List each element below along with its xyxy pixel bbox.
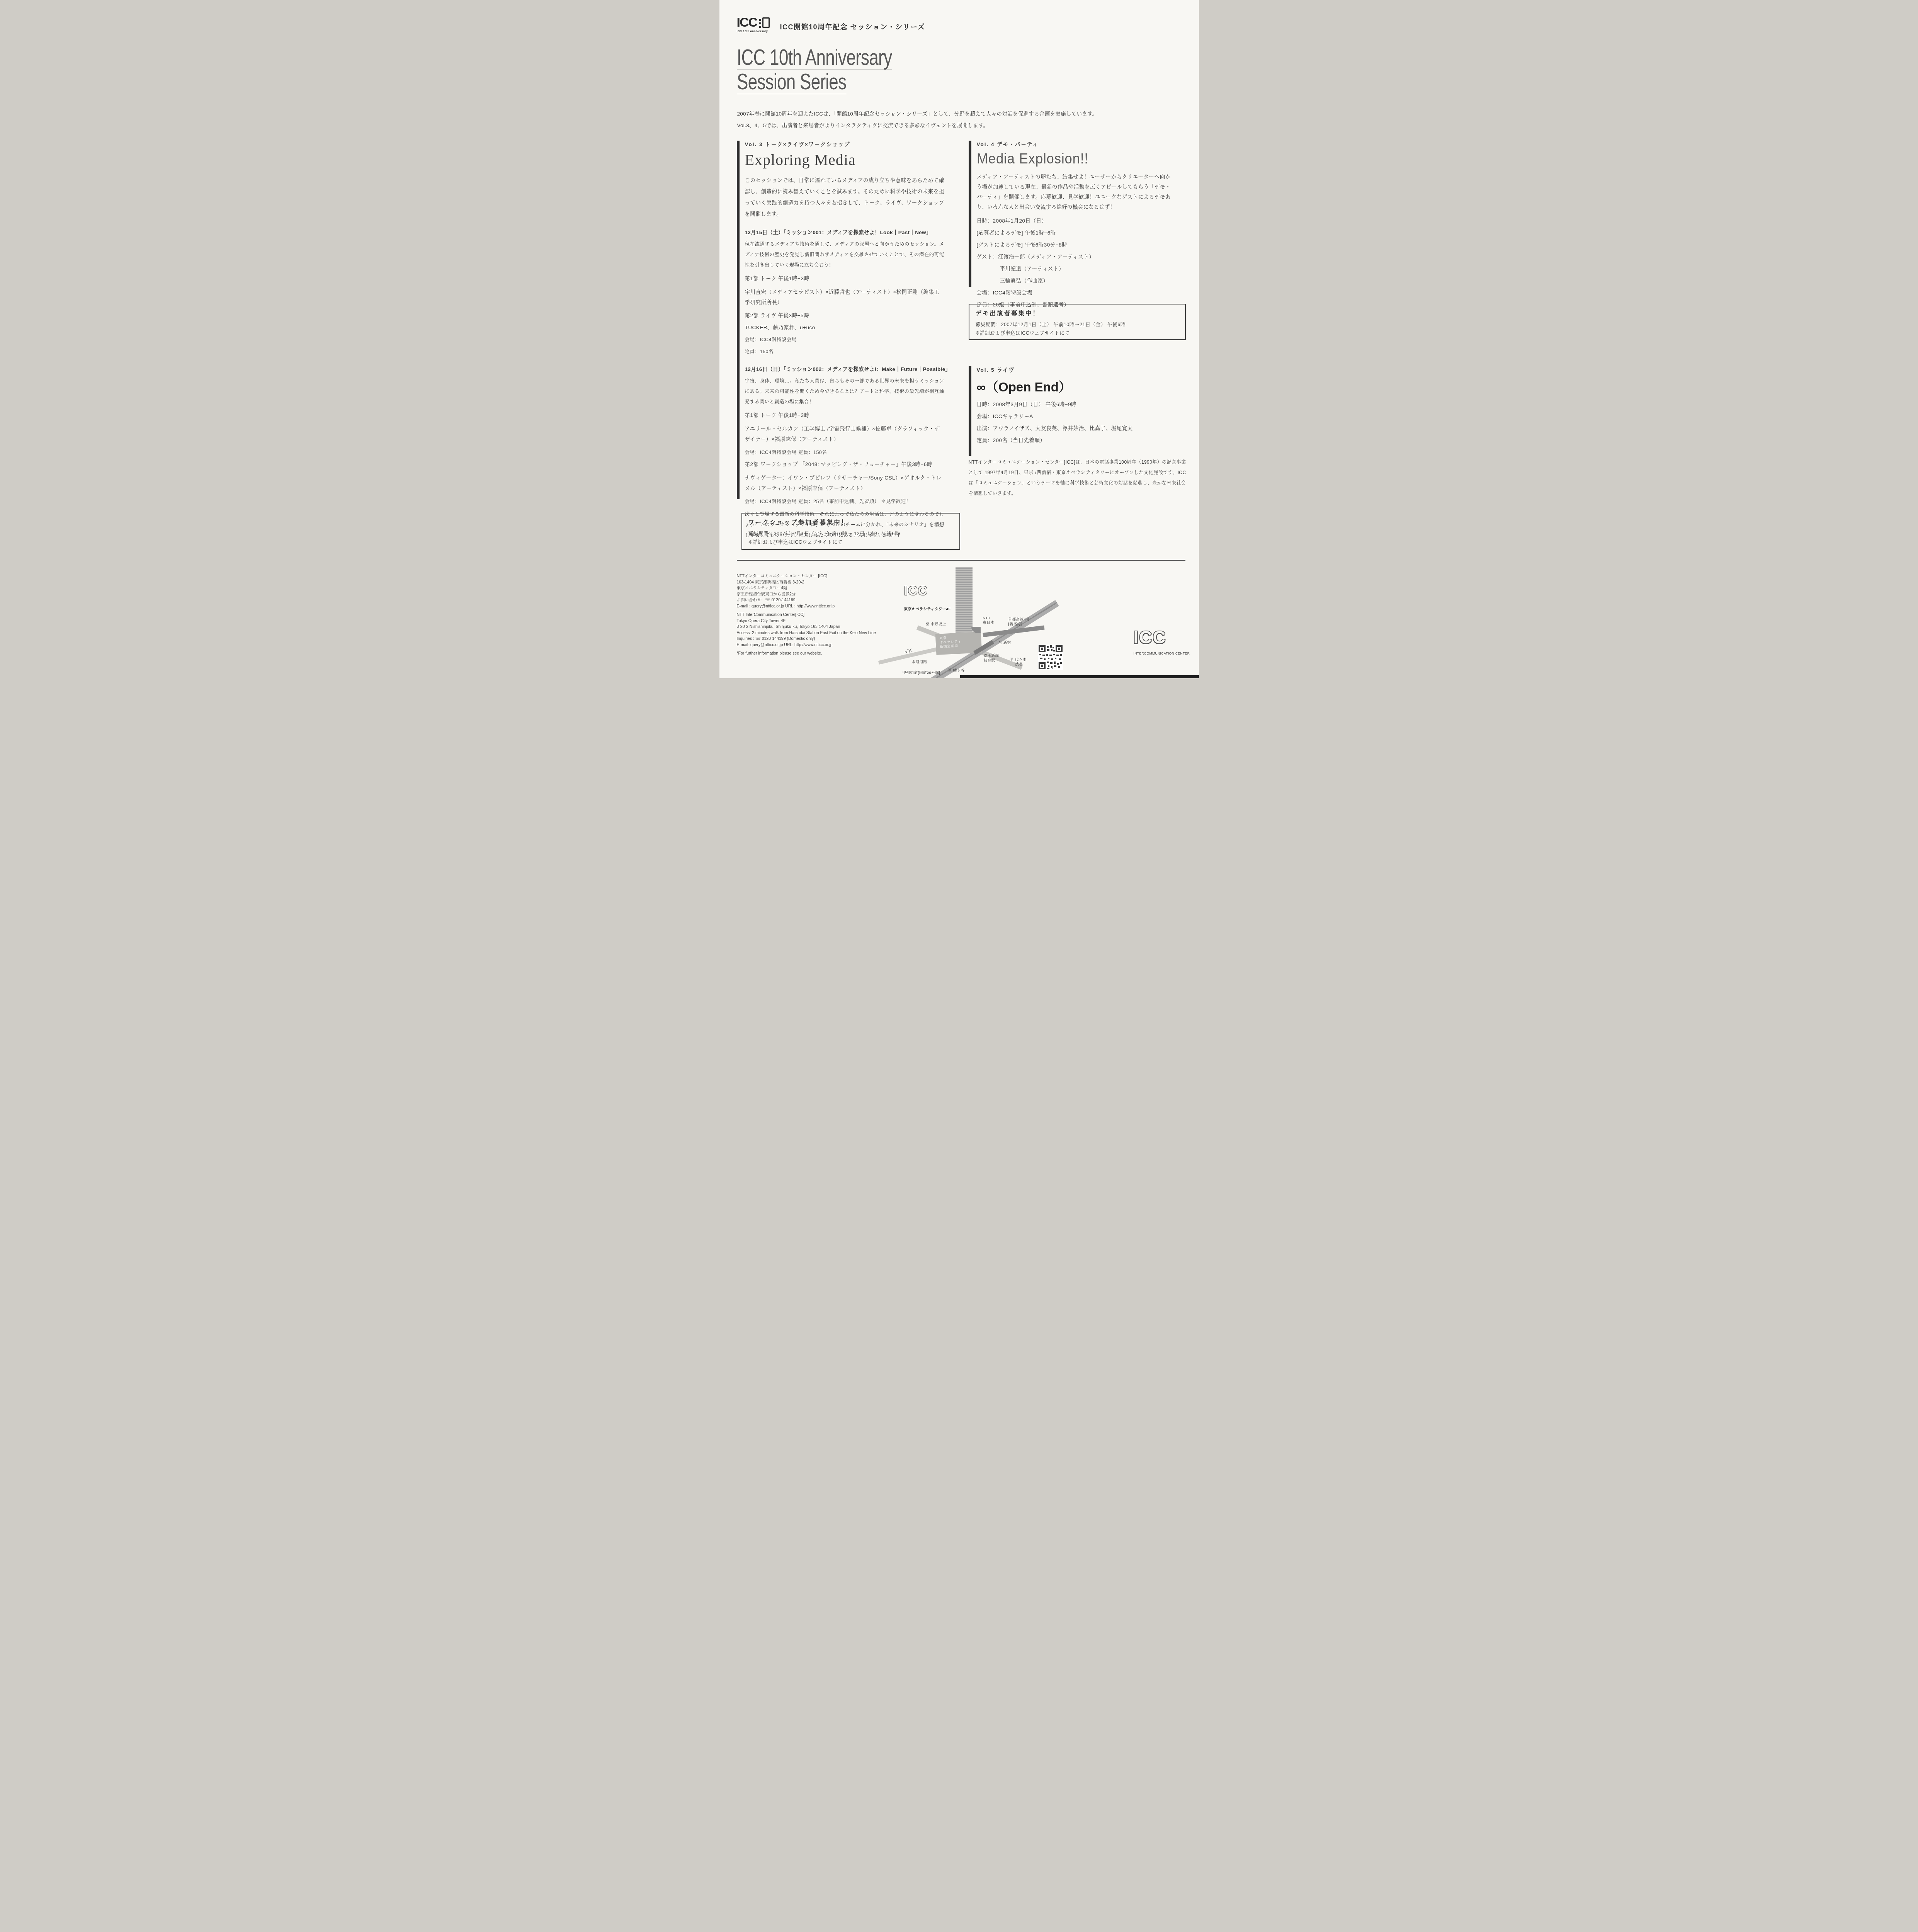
map-label-nakano: 至 中野坂上 — [926, 622, 946, 627]
vol5-line: 会場：ICCギャラリーA — [977, 413, 1186, 420]
vol4-label: Vol. 4 デモ・パーティ — [977, 140, 1186, 148]
icc-10th-logo: ICC ICC 10th anniversary — [737, 17, 770, 33]
event1-line: 第1部 トーク 午後1時−3時 — [745, 275, 963, 282]
intro-paragraph: 2007年春に開館10周年を迎えたICCは、「開館10周年記念セッション・シリー… — [737, 108, 1183, 131]
map-label-shuto: 首都高速4号[新宿線] — [1008, 617, 1030, 626]
icc-logo-text: ICC — [737, 17, 770, 28]
vol4-line: 平川紀道（アーティスト） — [977, 265, 1186, 273]
footer-jp-addr1: 163-1404 東京都新宿区西新宿 3-20-2 — [737, 580, 876, 586]
footer-jp-addr2: 東京オペラシティタワー4階 — [737, 585, 876, 592]
intro-line2: Vol.3、4、5では、出演者と来場者がよりインタラクティヴに交流できる多彩なイ… — [737, 120, 1183, 131]
hero-title-line2: Session Series — [737, 70, 846, 94]
footer-en-org: NTT InterCommunication Center[ICC] — [737, 612, 876, 618]
vol3-label: Vol. 3 トーク×ライヴ×ワークショップ — [745, 140, 963, 148]
qr-code — [1038, 645, 1063, 670]
event2-line: 会場：ICC4階特設会場 定員：150名 — [745, 449, 963, 456]
vol5-line: 定員：200名（当日先着順） — [977, 437, 1186, 444]
map-icc-logo: ICC — [904, 583, 928, 599]
footer-en-mail-url: E-mail: query@ntticc.or.jp URL: http://w… — [737, 642, 876, 648]
map-label-shinjuku: 至 新宿 — [998, 641, 1011, 645]
vol3-intro: このセッションでは、日常に溢れているメディアの成り立ちや意味をあらためて確認し、… — [745, 175, 944, 219]
vol4-line: [ゲストによるデモ] 午後6時30分−8時 — [977, 241, 1186, 249]
vol4-line: 三輪眞弘（作曲家） — [977, 277, 1186, 285]
event1-line: TUCKER、藤乃家舞、u+uco — [745, 324, 963, 332]
event2-line: 会場：ICC4階特設会場 定員：25名（事前申込制、先着順） ＊見学歓迎！ — [745, 498, 963, 505]
vol4-line: ゲスト：江渡浩一郎（メディア・アーティスト） — [977, 253, 1186, 261]
demo-box-period: 募集期間：2007年12月1日（土） 午前10時ー21日（金） 午後6時 — [976, 320, 1179, 328]
workshop-box-period: 募集期間：2007年12月1日（土） 午前10時ー 12日（水） 午後6時 — [748, 529, 953, 537]
footer-divider — [737, 560, 1185, 561]
workshop-box-title: ワークショップ参加者募集中！ — [748, 518, 953, 526]
icc-brand-logo: ICC — [1134, 627, 1190, 648]
section-vol4: Vol. 4 デモ・パーティ Media Explosion!! メディア・アー… — [969, 140, 1186, 309]
map-label-suido: 水道道路 — [912, 660, 927, 665]
event2-line: 第2部 ワークショップ 「2048: マッピング・ザ・フューチャー」午後3時−6… — [745, 461, 944, 468]
event1-line: 第2部 ライヴ 午後3時−5時 — [745, 312, 963, 320]
about-icc-paragraph: NTTインターコミュニケーション・センター[ICC]は、日本の電話事業100周年… — [969, 457, 1186, 499]
vol3-rule-bar — [737, 141, 740, 499]
map-opera-city-tower — [956, 567, 973, 634]
event2-desc: 宇宙、身体、環境…。私たち人間は、自らもその一部である世界の未来を担うミッション… — [745, 376, 944, 407]
demo-box-note: ※詳細および申込はICCウェブサイトにて — [976, 329, 1179, 336]
event1-desc: 現在流通するメディアや技術を通して、メディアの深層へと向かうためのセッション。メ… — [745, 239, 944, 270]
map-label-keio: 京王新線初台駅 — [984, 654, 999, 663]
footer-en-phone: 0120-144199 (Domestic only) — [762, 636, 815, 641]
vol5-line: 日時：2008年3月9日（日） 午後6時−9時 — [977, 401, 1186, 408]
event2-line: アニリール・セルカン（工学博士 /宇宙飛行士候補）×佐藤卓（グラフィック・デザイ… — [745, 423, 944, 444]
map-label-yoyogi: 至 代々木渋谷 — [1010, 658, 1027, 667]
map-label-ntt-east: NTT東日本 — [983, 616, 995, 625]
logo-subtitle: ICC 10th anniversary — [737, 29, 770, 33]
event1-line: 宇川直宏（メディアセラピスト）×近藤哲也（アーティスト）×松岡正剛（編集工学研究… — [745, 287, 944, 308]
footer-en-access: Access: 2 minutes walk from Hatsudai Sta… — [737, 630, 876, 636]
event1-line: 会場：ICC4階特設会場 — [745, 336, 963, 344]
vol4-rule-bar — [969, 141, 971, 287]
flyer-title-jp: ICC開館10周年記念 セッション・シリーズ — [780, 22, 925, 32]
footer-jp-access: 京王新線初台駅東口から徒歩2分 — [737, 592, 876, 598]
vol5-label: Vol. 5 ライヴ — [977, 366, 1186, 373]
demo-box-title: デモ出演者募集中！ — [976, 309, 1179, 317]
vol4-title: Media Explosion!! — [977, 151, 1177, 167]
demo-recruit-box: デモ出演者募集中！ 募集期間：2007年12月1日（土） 午前10時ー21日（金… — [969, 304, 1186, 340]
map-label-opera1: 東京 — [939, 636, 947, 640]
footer-en-addr1: Tokyo Opera City Tower 4F — [737, 618, 876, 624]
footer-address-block: NTTインターコミュニケーション・センター [ICC] 163-1404 東京都… — [737, 573, 876, 657]
footer-jp-org: NTTインターコミュニケーション・センター [ICC] — [737, 573, 876, 580]
workshop-recruit-box: ワークショップ参加者募集中！ 募集期間：2007年12月1日（土） 午前10時ー… — [741, 513, 960, 550]
vol4-line: 会場：ICC4階特設会場 — [977, 289, 1186, 297]
section-vol3: Vol. 3 トーク×ライヴ×ワークショップ Exploring Media こ… — [737, 140, 963, 541]
vol4-line: [応募者によるデモ] 午後1時−6時 — [977, 229, 1186, 237]
vol5-line: 出演：アウラノイザズ、大友良英、澤井妙治、比嘉了、堀尾寛太 — [977, 425, 1186, 432]
footer-jp-phone: 0120-144199 — [772, 598, 796, 602]
vol5-rule-bar — [969, 366, 971, 456]
map-north-indicator: N — [905, 648, 913, 654]
icc-brand-caption: INTERCOMMUNICATION CENTER — [1134, 651, 1190, 655]
logo-digit-0-icon — [762, 17, 770, 28]
event2-date-title: 12月16日（日）「ミッション002：メディアを探索せよ!：Make｜Futur… — [745, 366, 963, 373]
freedial-icon: ☏ — [765, 597, 770, 604]
vol4-line: 日時：2008年1月20日（日） — [977, 217, 1186, 225]
map-label-hatagaya: 至 幡ヶ谷 — [948, 668, 965, 673]
vol3-event1: 12月15日（土）「ミッション001：メディアを探索せよ！Look｜Past｜N… — [745, 229, 963, 355]
vol5-title: ∞（Open End） — [977, 377, 1186, 395]
event2-line: ナヴィゲーター：イワン・プピレフ（リサーチャー/Sony CSL）×ゲオルク・ト… — [745, 473, 944, 493]
hero-title-line1: ICC 10th Anniversary — [737, 46, 892, 70]
section-vol5: Vol. 5 ライヴ ∞（Open End） 日時：2008年3月9日（日） 午… — [969, 366, 1186, 444]
footer-jp-inquiry: お問い合わせ：☏ 0120-144199 — [737, 597, 876, 604]
scan-edge-strip — [960, 675, 1199, 678]
event2-line: 第1部 トーク 午後1時−3時 — [745, 412, 963, 419]
logo-digit-1-icon — [759, 18, 761, 28]
footer-jp-mail-url: E-mail : query@ntticc.or.jp URL : http:/… — [737, 604, 876, 610]
map-label-koshu: 甲州街道[国道20号線] — [903, 671, 940, 675]
icc-brand-block: ICC INTERCOMMUNICATION CENTER — [1134, 627, 1190, 655]
vol3-title: Exploring Media — [745, 151, 963, 169]
map-icc-caption: 東京オペラシティタワー4F — [904, 606, 951, 611]
flyer-page: ICC ICC 10th anniversary ICC開館10周年記念 セッシ… — [719, 0, 1199, 678]
footer-note: *For further information please see our … — [737, 651, 876, 657]
vol4-intro: メディア・アーティストの卵たち、結集せよ！ユーザーからクリエーターへ向かう場が加… — [977, 172, 1171, 212]
intro-line1: 2007年春に開館10周年を迎えたICCは、「開館10周年記念セッション・シリー… — [737, 108, 1183, 120]
footer-en-inquiry: Inquiries : ☏ 0120-144199 (Domestic only… — [737, 636, 876, 642]
map-label-opera3: 新国立劇場 — [940, 644, 958, 648]
footer-en-addr2: 3-20-2 Nishishinjuku, Shinjuku-ku, Tokyo… — [737, 624, 876, 630]
workshop-box-note: ※詳細および申込はICCウェブサイトにて — [748, 538, 953, 545]
access-map: 東京 オペラシティ 新国立劇場 ICC 東京オペラシティタワー4F 至 中野坂上… — [886, 565, 1079, 674]
event1-line: 定員：150名 — [745, 348, 963, 355]
event1-date-title: 12月15日（土）「ミッション001：メディアを探索せよ！Look｜Past｜N… — [745, 229, 963, 236]
hero-title: ICC 10th Anniversary Session Series — [737, 46, 892, 94]
freedial-icon: ☏ — [755, 636, 761, 642]
